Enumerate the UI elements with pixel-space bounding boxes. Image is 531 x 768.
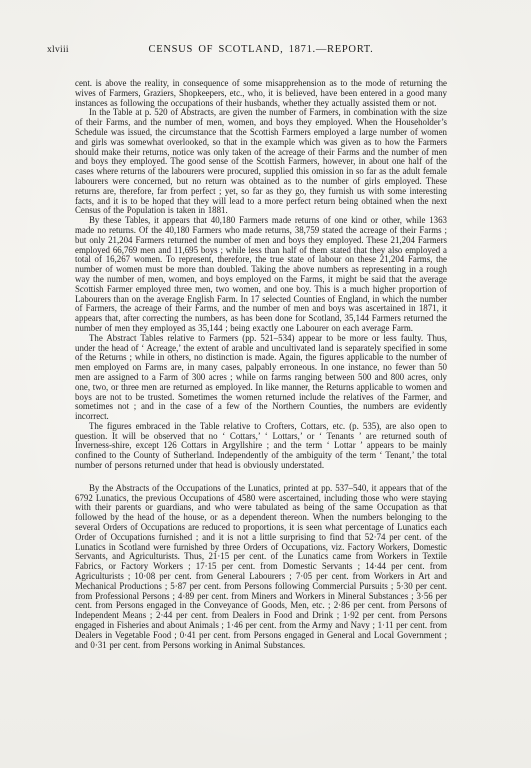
page-header: xlviii CENSUS OF SCOTLAND, 1871.—REPORT.: [75, 44, 447, 55]
body-paragraph-crofters-cottars: The figures embraced in the Table relati…: [75, 422, 447, 471]
body-paragraph-farmers-returns: By these Tables, it appears that 40,180 …: [75, 216, 447, 334]
body-paragraph-abstract-tables-faulty: The Abstract Tables relative to Farmers …: [75, 334, 447, 422]
header-title: CENSUS OF SCOTLAND, 1871.—REPORT.: [75, 44, 447, 55]
report-body: cent. is above the reality, in consequen…: [75, 79, 447, 650]
body-paragraph-continuation: cent. is above the reality, in consequen…: [75, 79, 447, 108]
page-number: xlviii: [47, 45, 69, 55]
document-page: xlviii CENSUS OF SCOTLAND, 1871.—REPORT.…: [0, 0, 531, 768]
body-paragraph-farmers-table: In the Table at p. 520 of Abstracts, are…: [75, 108, 447, 216]
body-paragraph-lunatics-occupations: By the Abstracts of the Occupations of t…: [75, 484, 447, 651]
